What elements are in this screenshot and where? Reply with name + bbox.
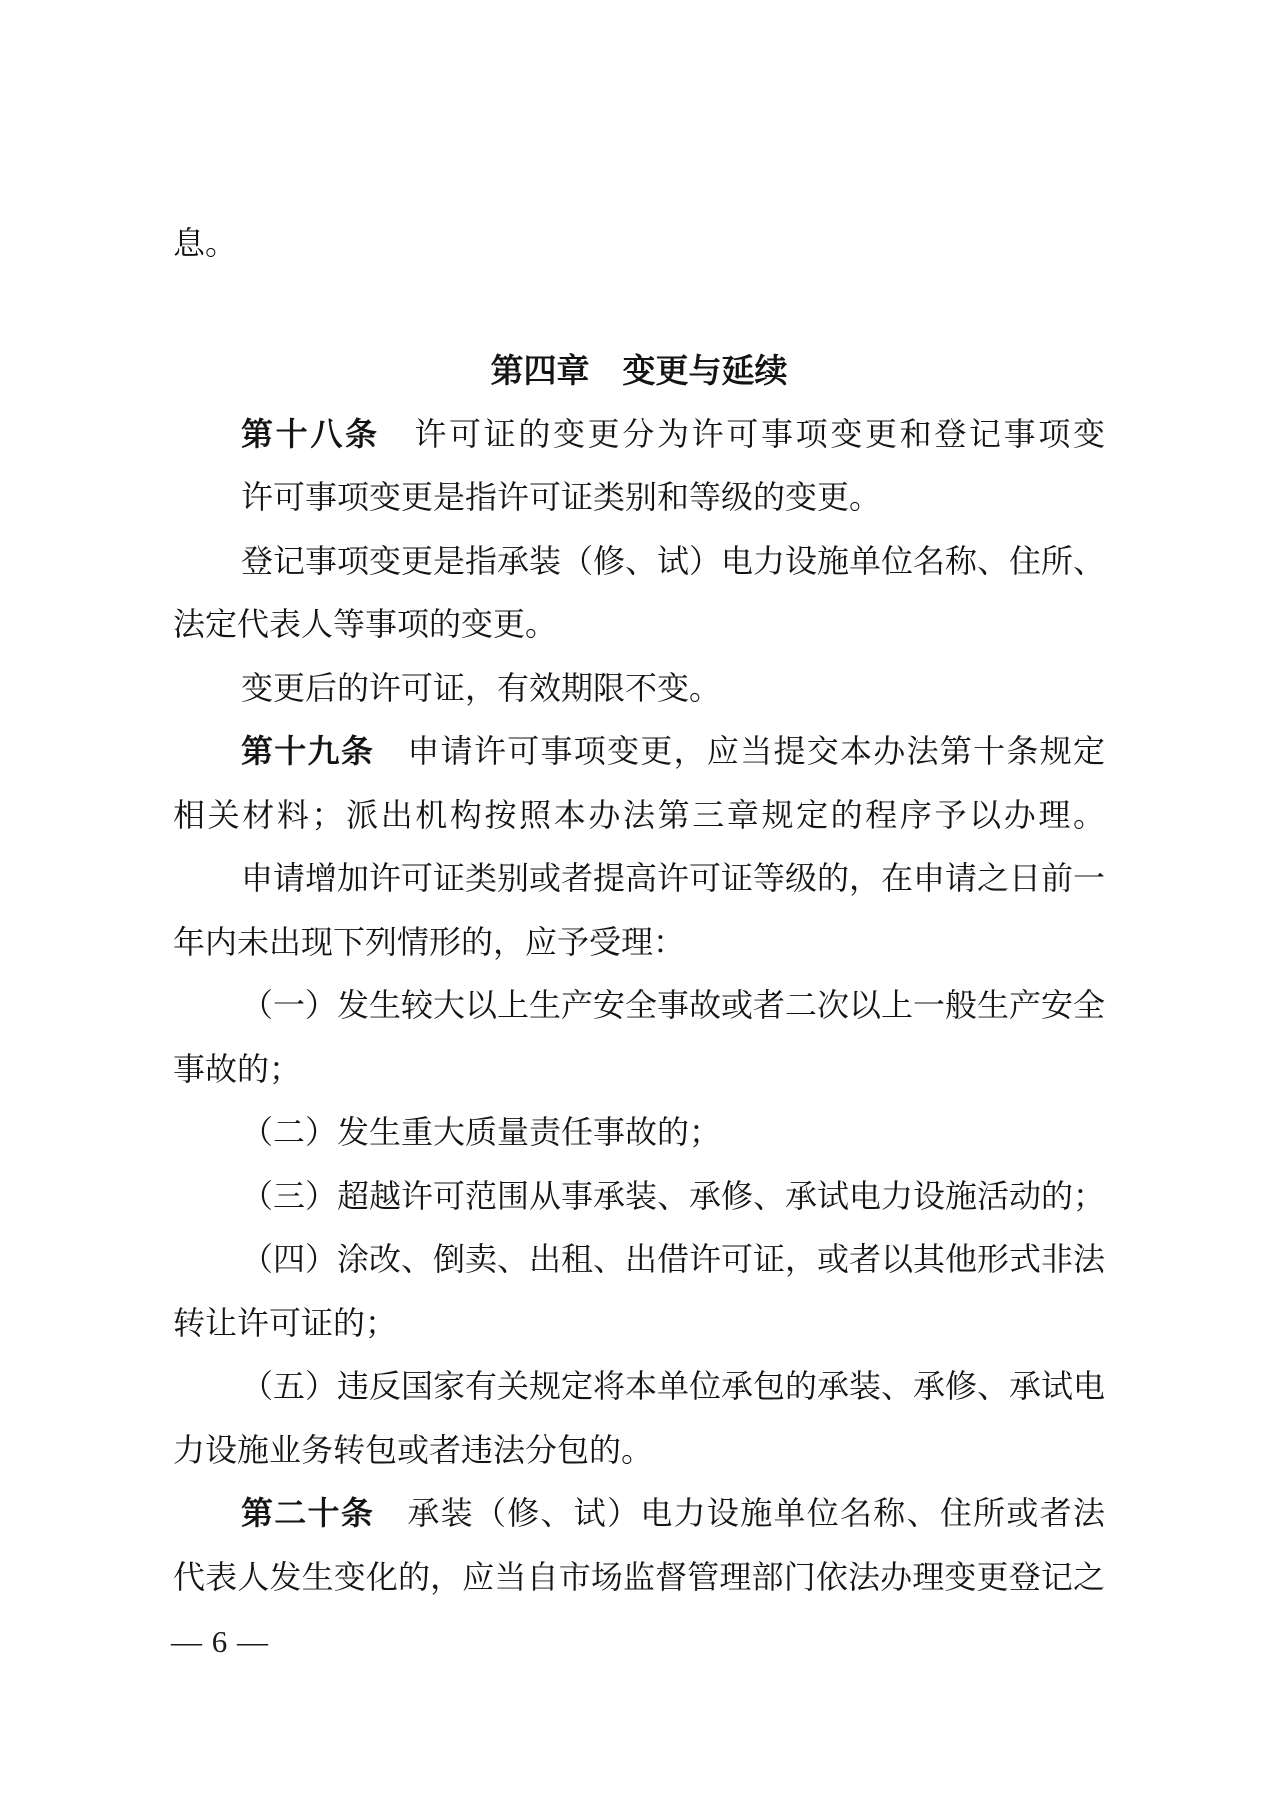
body-text: 相关材料；派出机构按照本办法第三章规定的程序予以办理。 — [173, 797, 1105, 833]
body-text: （五）违反国家有关规定将本单位承包的承装、承修、承试电 — [241, 1368, 1105, 1404]
body-line: （四）涂改、倒卖、出租、出借许可证，或者以其他形式非法 — [173, 1228, 1105, 1292]
body-text: 转让许可证的； — [173, 1305, 397, 1341]
body-text: 登记事项变更是指承装（修、试）电力设施单位名称、住所、 — [241, 543, 1105, 579]
body-text: （三）超越许可范围从事承装、承修、承试电力设施活动的； — [241, 1178, 1105, 1214]
body-line: 许可事项变更是指许可证类别和等级的变更。 — [173, 466, 1105, 530]
body-line: 第十九条 申请许可事项变更，应当提交本办法第十条规定的 — [173, 720, 1105, 784]
body-line: 变更后的许可证，有效期限不变。 — [173, 657, 1105, 721]
body-line: 相关材料；派出机构按照本办法第三章规定的程序予以办理。 — [173, 784, 1105, 848]
body-line: （二）发生重大质量责任事故的； — [173, 1101, 1105, 1165]
article-number: 第十八条 — [241, 416, 380, 452]
article-number: 第二十条 — [241, 1495, 374, 1531]
body-line: （五）违反国家有关规定将本单位承包的承装、承修、承试电 — [173, 1355, 1105, 1419]
body-text: 代表人发生变化的，应当自市场监督管理部门依法办理变更登记之 — [173, 1559, 1105, 1595]
chapter-heading: 第四章 变更与延续 — [173, 339, 1105, 403]
body-line: 年内未出现下列情形的，应予受理： — [173, 911, 1105, 975]
body-line: 第二十条 承装（修、试）电力设施单位名称、住所或者法定 — [173, 1482, 1105, 1546]
text-block: 息。 第四章 变更与延续 第十八条 许可证的变更分为许可事项变更和登记事项变更。… — [173, 212, 1105, 1609]
body-text: 变更后的许可证，有效期限不变。 — [241, 670, 721, 706]
body-line: 力设施业务转包或者违法分包的。 — [173, 1419, 1105, 1483]
body-line: 代表人发生变化的，应当自市场监督管理部门依法办理变更登记之 — [173, 1546, 1105, 1610]
body-text: 申请增加许可证类别或者提高许可证等级的，在申请之日前一 — [241, 860, 1105, 896]
spacer-line — [173, 276, 1105, 340]
body-text: 力设施业务转包或者违法分包的。 — [173, 1432, 653, 1468]
article-number: 第十九条 — [241, 733, 374, 769]
body-line: 转让许可证的； — [173, 1292, 1105, 1356]
body-text: 许可事项变更是指许可证类别和等级的变更。 — [241, 479, 881, 515]
body-text: （一）发生较大以上生产安全事故或者二次以上一般生产安全 — [241, 987, 1105, 1023]
page-number-footer: — 6 — — [171, 1622, 269, 1662]
body-text: （四）涂改、倒卖、出租、出借许可证，或者以其他形式非法 — [241, 1241, 1105, 1277]
body-text: （二）发生重大质量责任事故的； — [241, 1114, 721, 1150]
continuation-line: 息。 — [173, 212, 1105, 276]
body-text: 法定代表人等事项的变更。 — [173, 606, 557, 642]
body-line: 登记事项变更是指承装（修、试）电力设施单位名称、住所、 — [173, 530, 1105, 594]
body-text: 事故的； — [173, 1051, 301, 1087]
body-line: 第十八条 许可证的变更分为许可事项变更和登记事项变更。 — [173, 403, 1105, 467]
body-line: （一）发生较大以上生产安全事故或者二次以上一般生产安全 — [173, 974, 1105, 1038]
body-text: 年内未出现下列情形的，应予受理： — [173, 924, 685, 960]
body-line: 法定代表人等事项的变更。 — [173, 593, 1105, 657]
body-line: 申请增加许可证类别或者提高许可证等级的，在申请之日前一 — [173, 847, 1105, 911]
body-line: 事故的； — [173, 1038, 1105, 1102]
document-page: 息。 第四章 变更与延续 第十八条 许可证的变更分为许可事项变更和登记事项变更。… — [0, 0, 1280, 1810]
body-line: （三）超越许可范围从事承装、承修、承试电力设施活动的； — [173, 1165, 1105, 1229]
